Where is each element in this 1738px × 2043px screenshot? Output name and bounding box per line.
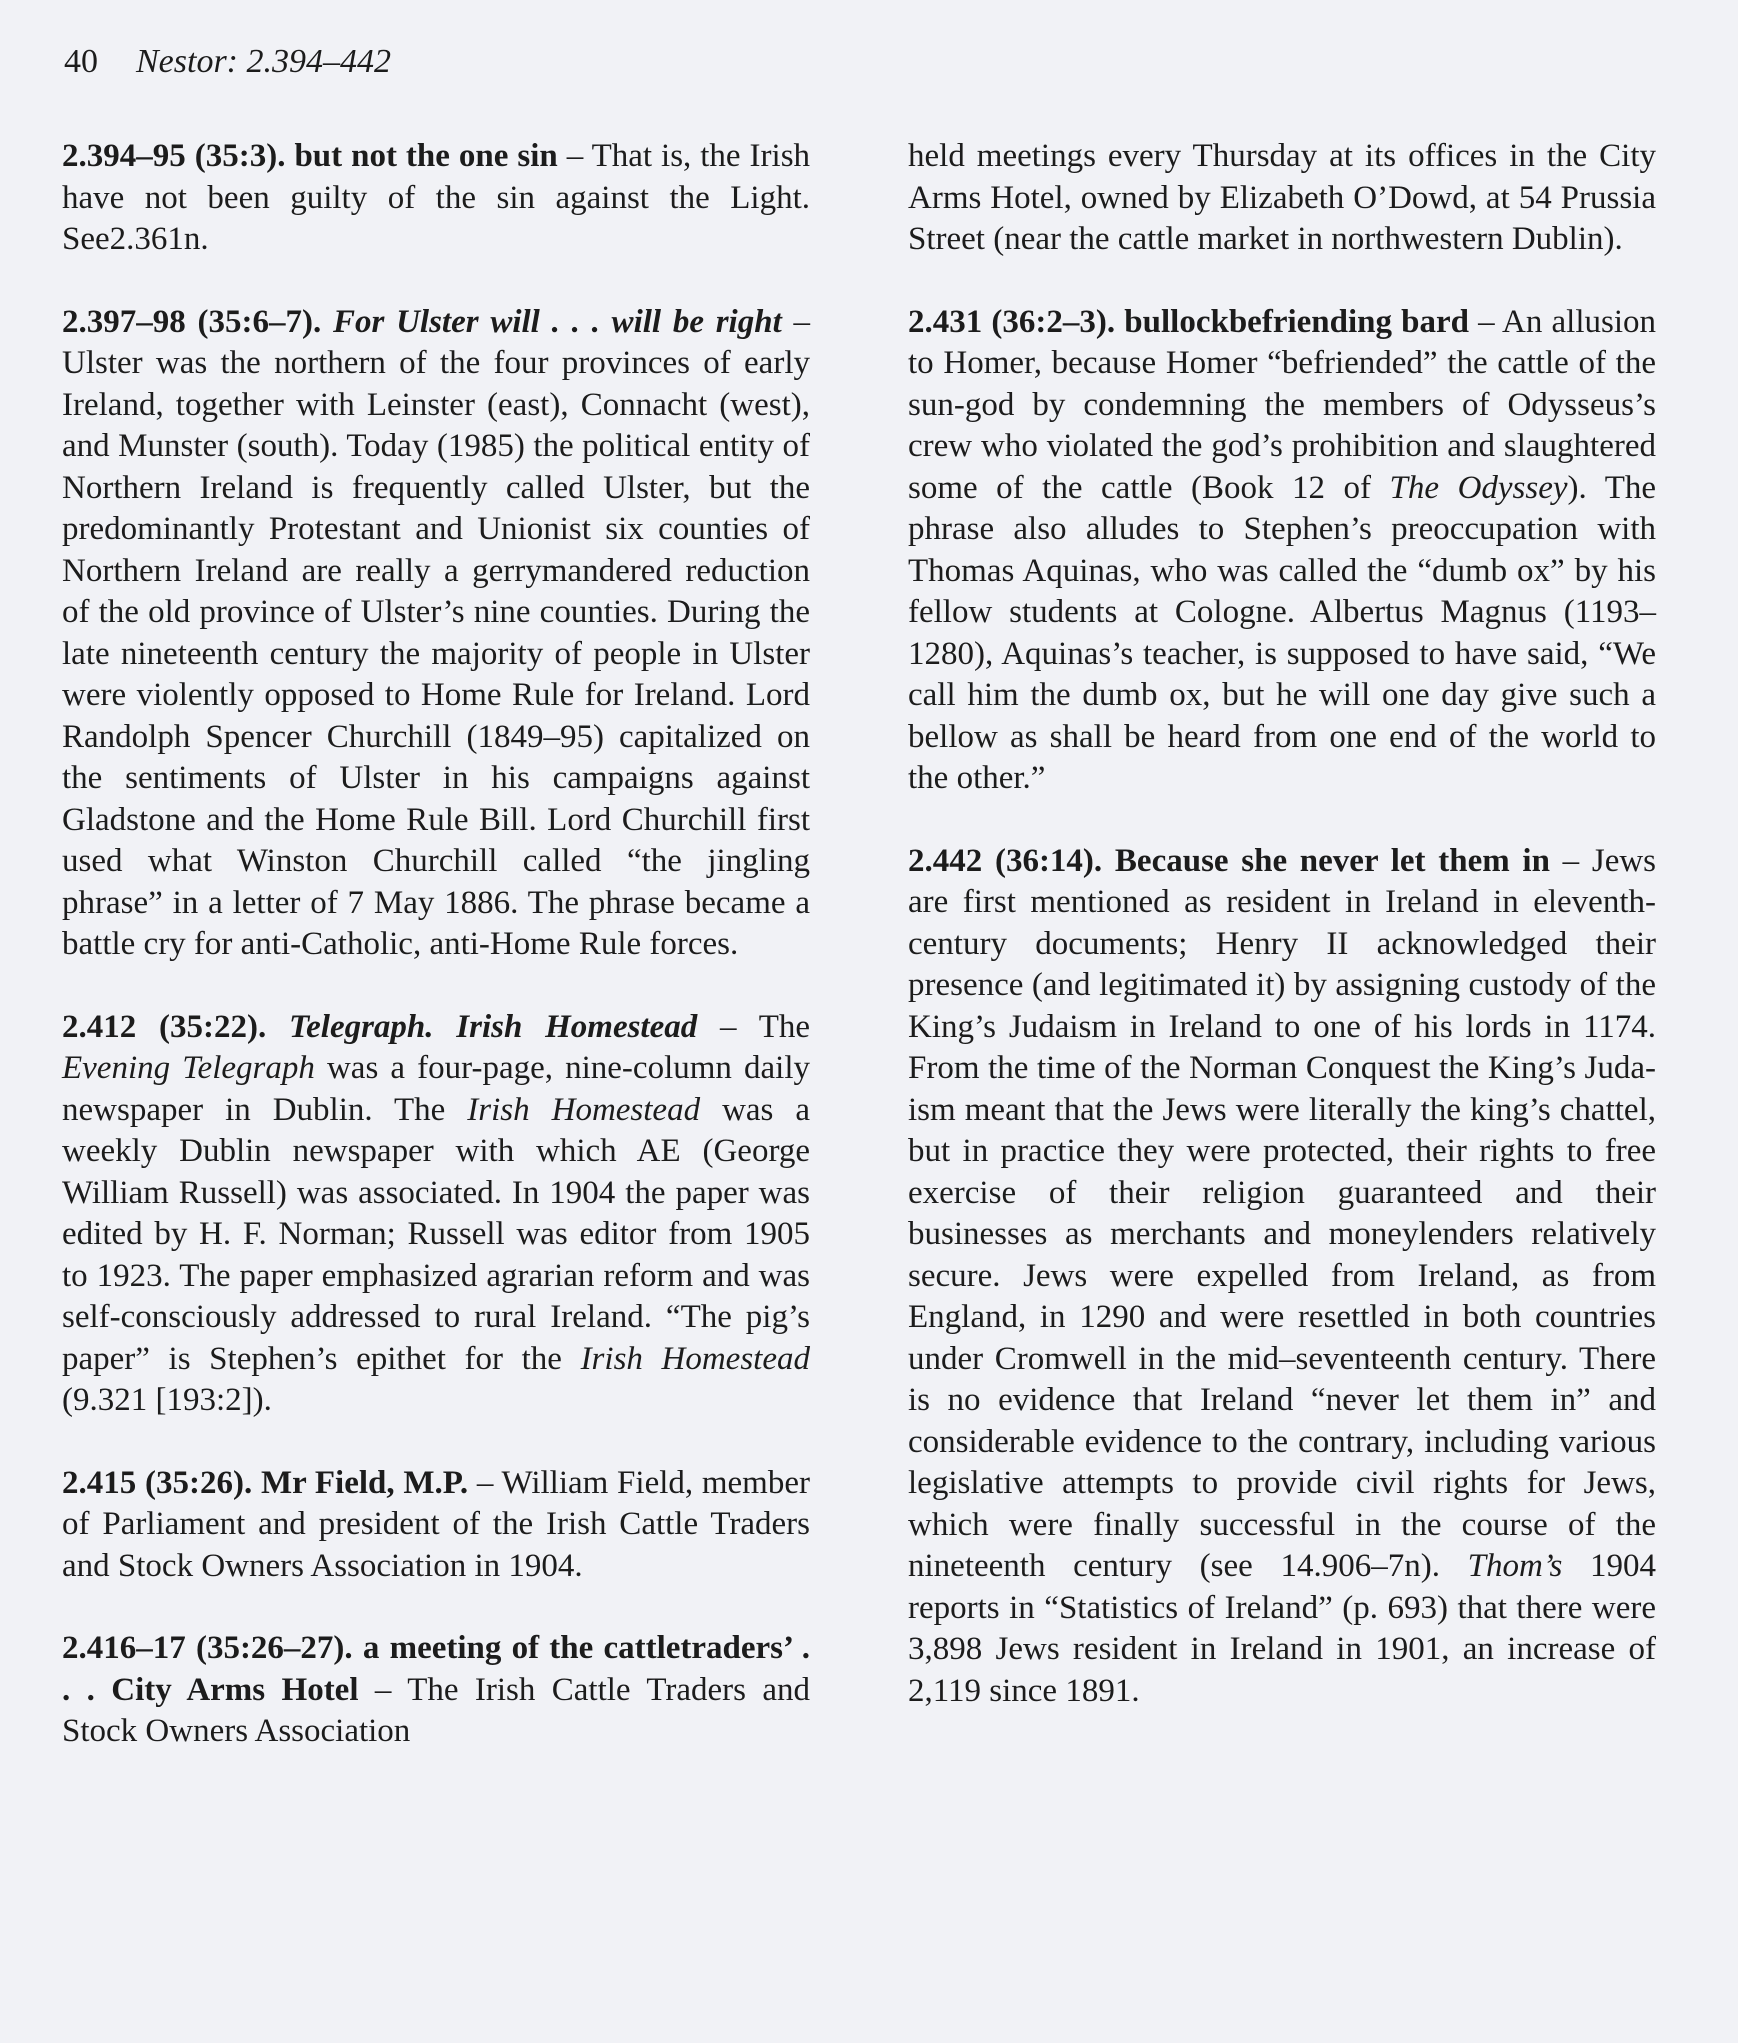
annotation-entry: 2.416–17 (35:26–27). a meeting of the ca… [62,1628,810,1753]
line-reference: 2.397–98 (35:6–7). [62,304,321,340]
dash: – [359,1672,408,1708]
line-reference: 2.415 (35:26). [62,1465,252,1501]
annotation-entry: 2.431 (36:2–3). bullockbefriending bard … [908,302,1656,800]
annotation-entry: 2.394–95 (35:3). but not the one sin – T… [62,136,810,261]
lemma: Because she never let them in [1115,843,1550,879]
annotation-body-text: was a weekly Dublin newspaper with which… [62,1092,810,1377]
right-column: held meetings every Thursday at its offi… [908,136,1656,1712]
running-head: 40Nestor: 2.394–442 [64,40,391,84]
annotation-entry: 2.415 (35:26). Mr Field, M.P. – William … [62,1463,810,1588]
annotation-body-text: The [759,1009,810,1045]
line-reference: 2.394–95 (35:3). [62,138,285,174]
dash: – [558,138,592,174]
dash: – [1469,304,1502,340]
newspaper-title: Evening Telegraph [62,1050,315,1086]
book-title: The Odyssey [1390,470,1568,506]
annotation-body-text: Jews are first mentioned as resident in … [908,843,1656,1585]
line-reference: 2.416–17 (35:26–27). [62,1630,353,1666]
annotation-body-text: (9.321 [193:2]). [62,1382,272,1418]
annotation-body-text: ). The phrase also alludes to Stephen’s … [908,470,1656,797]
dash: – [782,304,810,340]
lemma: Mr Field, M.P. [261,1465,468,1501]
annotation-body: Ulster was the northern of the four prov… [62,345,810,962]
lemma: bullockbefriending bard [1124,304,1469,340]
lemma: but not the one sin [294,138,557,174]
lemma: For Ulster will . . . will be right [333,304,782,340]
annotation-entry: 2.442 (36:14). Because she never let the… [908,841,1656,1713]
dash: – [697,1009,758,1045]
lemma: Telegraph. Irish Homestead [289,1009,697,1045]
newspaper-title: Irish Homestead [581,1341,810,1377]
book-title: Thom’s [1468,1548,1563,1584]
annotation-entry: 2.397–98 (35:6–7). For Ulster will . . .… [62,302,810,966]
left-column: 2.394–95 (35:3). but not the one sin – T… [62,136,810,1753]
continued-annotation: held meetings every Thursday at its offi… [908,136,1656,261]
newspaper-title: Irish Homestead [467,1092,700,1128]
line-reference: 2.431 (36:2–3). [908,304,1115,340]
line-reference: 2.412 (35:22). [62,1009,266,1045]
annotation-entry: 2.412 (35:22). Telegraph. Irish Homestea… [62,1007,810,1422]
running-title: Nestor: 2.394–442 [136,43,391,80]
dash: – [468,1465,501,1501]
book-page: 40Nestor: 2.394–442 2.394–95 (35:3). but… [0,0,1738,2043]
dash: – [1550,843,1592,879]
page-number: 40 [64,40,98,84]
line-reference: 2.442 (36:14). [908,843,1102,879]
